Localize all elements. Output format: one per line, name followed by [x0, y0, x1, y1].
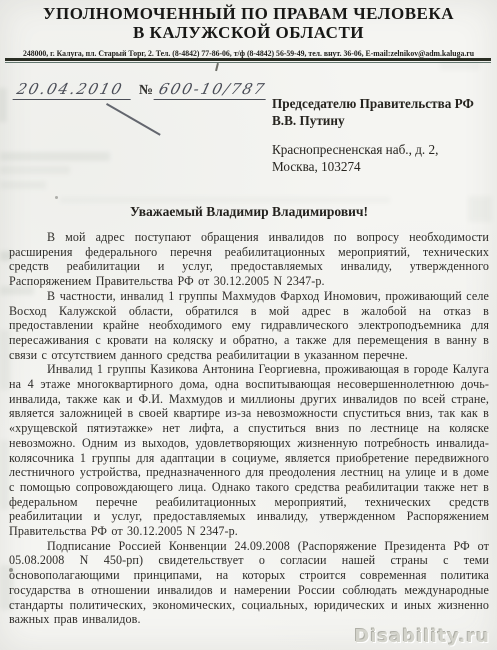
recipient-title: Председателю Правительства РФ: [272, 96, 474, 113]
letter-body: Уважаемый Владимир Владимирович! В мой а…: [9, 204, 489, 627]
body-paragraph-4: Подписание Россией Конвенции 24.09.2008 …: [9, 539, 489, 627]
divider-rule-thin: [5, 62, 491, 63]
divider-rule-thick: [5, 58, 491, 61]
body-paragraph-1: В мой адрес поступают обращения инвалидо…: [9, 230, 489, 289]
scan-smudge: [0, 152, 110, 161]
handwriting-flourish: [106, 103, 160, 135]
letterhead-contact-line: 248000, г. Калуга, пл. Старый Торг, 2. Т…: [7, 49, 489, 58]
reference-line: 20.04.2010№600-10/787: [15, 80, 268, 100]
letterhead-title-line2: В КАЛУЖСКОЙ ОБЛАСТИ: [0, 23, 497, 42]
number-sign: №: [139, 83, 153, 98]
recipient-block: Председателю Правительства РФ В.В. Путин…: [272, 96, 474, 175]
scan-speck: [55, 196, 58, 199]
letterhead-divider: [5, 58, 491, 63]
recipient-address-street: Краснопресненская наб., д. 2,: [272, 142, 474, 159]
salutation: Уважаемый Владимир Владимирович!: [9, 204, 489, 220]
recipient-address-city: Москва, 103274: [272, 159, 474, 176]
scan-smudge: [60, 197, 390, 203]
scanned-letter-page: УПОЛНОМОЧЕННЫЙ ПО ПРАВАМ ЧЕЛОВЕКА В КАЛУ…: [0, 0, 497, 650]
body-paragraph-3: Инвалид 1 группы Казикова Антонина Георг…: [9, 362, 489, 538]
scan-smudge: [0, 440, 9, 510]
handwritten-date: 20.04.2010: [13, 80, 136, 100]
body-paragraph-2: В частности, инвалид 1 группы Махмудов Ф…: [9, 289, 489, 363]
scan-smudge: [0, 88, 7, 122]
scan-smudge: [0, 181, 46, 189]
scan-speck: [215, 63, 218, 71]
scan-smudge: [0, 166, 70, 174]
letterhead: УПОЛНОМОЧЕННЫЙ ПО ПРАВАМ ЧЕЛОВЕКА В КАЛУ…: [0, 4, 497, 58]
site-watermark: Disability.ru: [354, 626, 490, 647]
recipient-name: В.В. Путину: [272, 113, 474, 130]
handwritten-number: 600-10/787: [153, 80, 270, 100]
letterhead-title-line1: УПОЛНОМОЧЕННЫЙ ПО ПРАВАМ ЧЕЛОВЕКА: [0, 4, 497, 23]
